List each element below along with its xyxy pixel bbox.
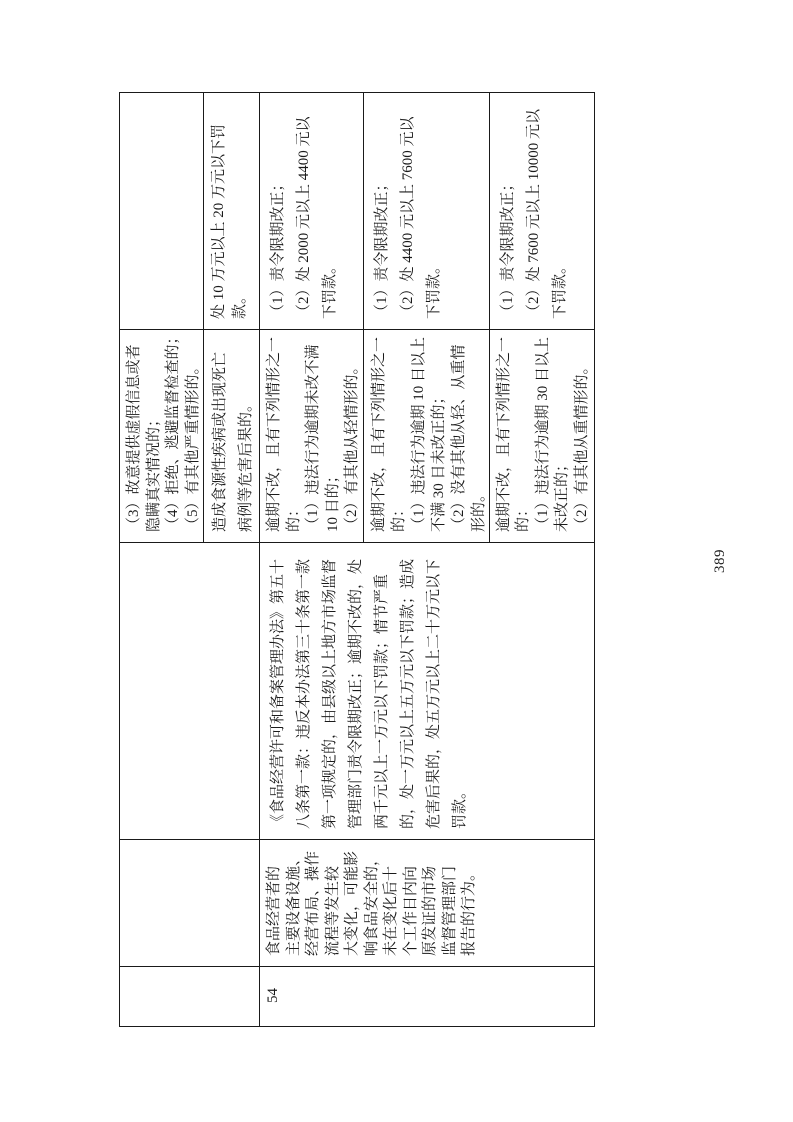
- tier1-scenario-cell: 逾期不改，且有下列情形之一的：（1）违法行为逾期未改不满10 日的；（2）有其他…: [260, 330, 364, 543]
- item53-violation-cell-empty: [120, 840, 260, 967]
- tier2-penalty-cell: （1）责令限期改正；（2）处 4400 元以上 7600 元以下罚款。: [363, 93, 489, 330]
- item53-scenario-severe-cell: （3）故意提供虚假信息或者隐瞒真实情况的；（4）拒绝、逃避监督检查的；（5）有其…: [120, 330, 204, 543]
- rotated-landscape-sheet: （3）故意提供虚假信息或者隐瞒真实情况的；（4）拒绝、逃避监督检查的；（5）有其…: [0, 0, 793, 1122]
- table-row: 54 食品经营者的主要设备设施、经营布局、操作流程等发生较大变化，可能影响食品安…: [260, 93, 364, 1027]
- item53-basis-cell-empty: [120, 543, 260, 840]
- tier3-scenario-cell: 逾期不改，且有下列情形之一的：（1）违法行为逾期 30 日以上未改正的；（2）有…: [489, 330, 594, 543]
- item-number-cell: 54: [260, 967, 595, 1027]
- penalty-discretion-table: （3）故意提供虚假信息或者隐瞒真实情况的；（4）拒绝、逃避监督检查的；（5）有其…: [119, 92, 595, 1027]
- item53-penalty-fatal-cell: 处 10 万元以上 20 万元以下罚款。: [204, 93, 260, 330]
- tier3-penalty-cell: （1）责令限期改正；（2）处 7600 元以上 10000 元以下罚款。: [489, 93, 594, 330]
- tier1-penalty-cell: （1）责令限期改正；（2）处 2000 元以上 4400 元以下罚款。: [260, 93, 364, 330]
- item53-seq-cell-empty: [120, 967, 260, 1027]
- violation-description-cell: 食品经营者的主要设备设施、经营布局、操作流程等发生较大变化，可能影响食品安全的，…: [260, 840, 595, 967]
- tier2-scenario-cell: 逾期不改，且有下列情形之一的：（1）违法行为逾期 10 日以上不满 30 日未改…: [363, 330, 489, 543]
- legal-basis-cell: 《食品经营许可和备案管理办法》第五十八条第一款：违反本办法第三十条第一款第一项规…: [260, 543, 595, 840]
- item53-scenario-fatal-cell: 造成食源性疾病或出现死亡病例等危害后果的。: [204, 330, 260, 543]
- page-number: 389: [712, 0, 729, 1122]
- document-page: （3）故意提供虚假信息或者隐瞒真实情况的；（4）拒绝、逃避监督检查的；（5）有其…: [0, 0, 793, 1122]
- table-row: （3）故意提供虚假信息或者隐瞒真实情况的；（4）拒绝、逃避监督检查的；（5）有其…: [120, 93, 204, 1027]
- item53-penalty-severe-cell-empty: [120, 93, 204, 330]
